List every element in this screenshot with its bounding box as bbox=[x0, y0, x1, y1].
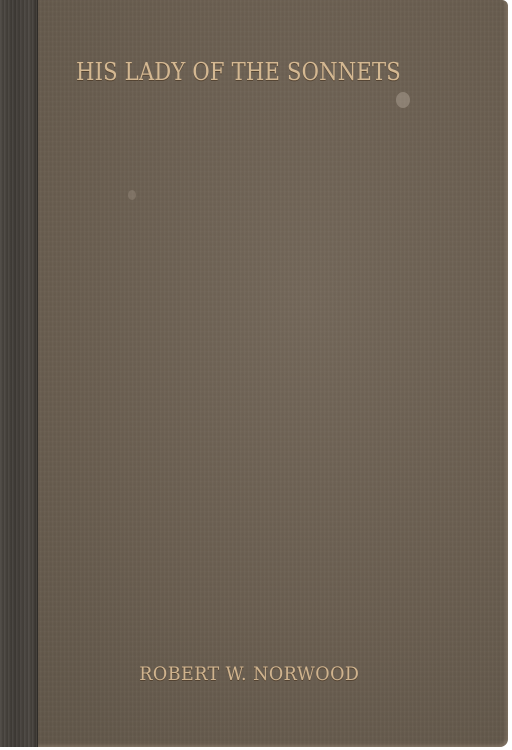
book-title: HIS LADY OF THE SONNETS bbox=[0, 58, 477, 86]
cover-scuff bbox=[396, 92, 410, 108]
book-author: ROBERT W. NORWOOD bbox=[0, 663, 499, 685]
spine-edge bbox=[37, 0, 38, 747]
book-spine bbox=[0, 0, 37, 747]
cover-scuff bbox=[128, 190, 136, 200]
book-cover: HIS LADY OF THE SONNETS ROBERT W. NORWOO… bbox=[0, 0, 508, 747]
